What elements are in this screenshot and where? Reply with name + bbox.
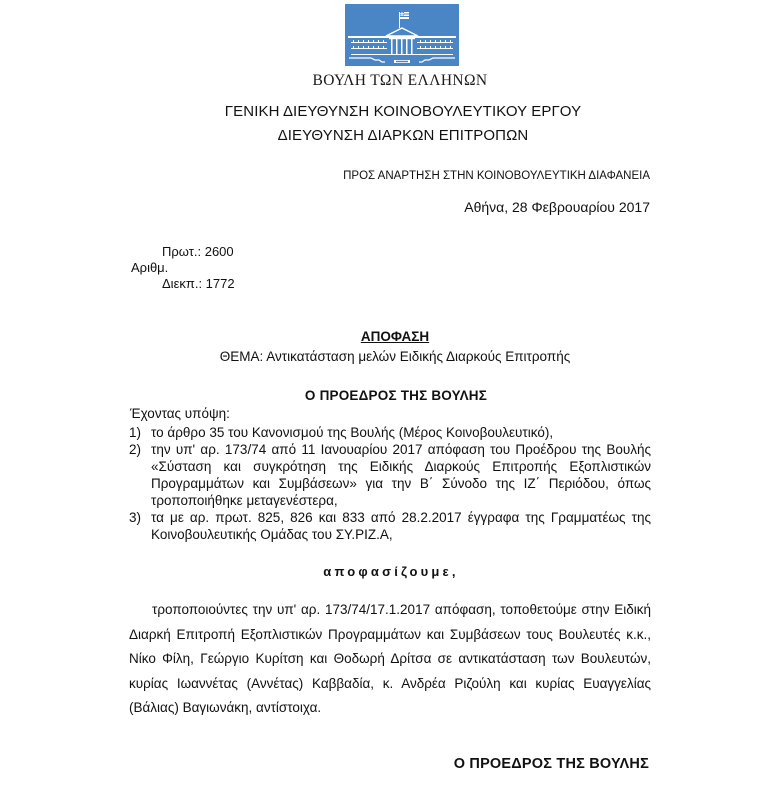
list-item: 1) το άρθρο 35 του Κανονισμού της Βουλής…: [129, 424, 651, 441]
dispatch-number: Διεκπ.: 1772: [162, 275, 235, 292]
list-item-text: την υπ' αρ. 173/74 από 11 Ιανουαρίου 201…: [151, 441, 651, 509]
directorate-heading: ΔΙΕΥΘΥΝΣΗ ΔΙΑΡΚΩΝ ΕΠΙΤΡΟΠΩΝ: [12, 127, 782, 144]
considerations-list: 1) το άρθρο 35 του Κανονισμού της Βουλής…: [129, 424, 651, 543]
list-item-number: 3): [129, 509, 151, 543]
protocol-number: Πρωτ.: 2600: [162, 243, 234, 260]
considering-label: Έχοντας υπόψη:: [130, 406, 230, 421]
decision-body: τροποποιούντες την υπ' αρ. 173/74/17.1.2…: [129, 598, 651, 721]
president-heading: Ο ΠΡΟΕΔΡΟΣ ΤΗΣ ΒΟΥΛΗΣ: [0, 388, 782, 403]
hellenic-parliament-logo: [345, 4, 459, 66]
list-item-text: το άρθρο 35 του Κανονισμού της Βουλής (Μ…: [151, 424, 651, 441]
directorate-general-heading: ΓΕΝΙΚΗ ΔΙΕΥΘΥΝΣΗ ΚΟΙΝΟΒΟΥΛΕΥΤΙΚΟΥ ΕΡΓΟΥ: [12, 103, 782, 120]
decision-title: ΑΠΟΦΑΣΗ: [0, 329, 782, 344]
document-date: Αθήνα, 28 Φεβρουαρίου 2017: [464, 199, 650, 215]
list-item-number: 2): [129, 441, 151, 509]
institution-name: ΒΟΥΛΗ ΤΩΝ ΕΛΛΗΝΩΝ: [300, 72, 500, 90]
hellenic-parliament-building-icon: [345, 4, 459, 66]
signature-block: Ο ΠΡΟΕΔΡΟΣ ΤΗΣ ΒΟΥΛΗΣ: [454, 756, 649, 772]
protocol-arith-label: Αριθμ.: [131, 259, 168, 276]
list-item: 3) τα με αρ. πρωτ. 825, 826 και 833 από …: [129, 509, 651, 543]
publish-note: ΠΡΟΣ ΑΝΑΡΤΗΣΗ ΣΤΗΝ ΚΟΙΝΟΒΟΥΛΕΥΤΙΚΗ ΔΙΑΦΑ…: [343, 170, 650, 182]
list-item: 2) την υπ' αρ. 173/74 από 11 Ιανουαρίου …: [129, 441, 651, 509]
decision-subject: ΘΕΜΑ: Αντικατάσταση μελών Ειδικής Διαρκο…: [0, 349, 782, 364]
list-item-number: 1): [129, 424, 151, 441]
decide-heading: αποφασίζουμε,: [0, 564, 782, 579]
list-item-text: τα με αρ. πρωτ. 825, 826 και 833 από 28.…: [151, 509, 651, 543]
